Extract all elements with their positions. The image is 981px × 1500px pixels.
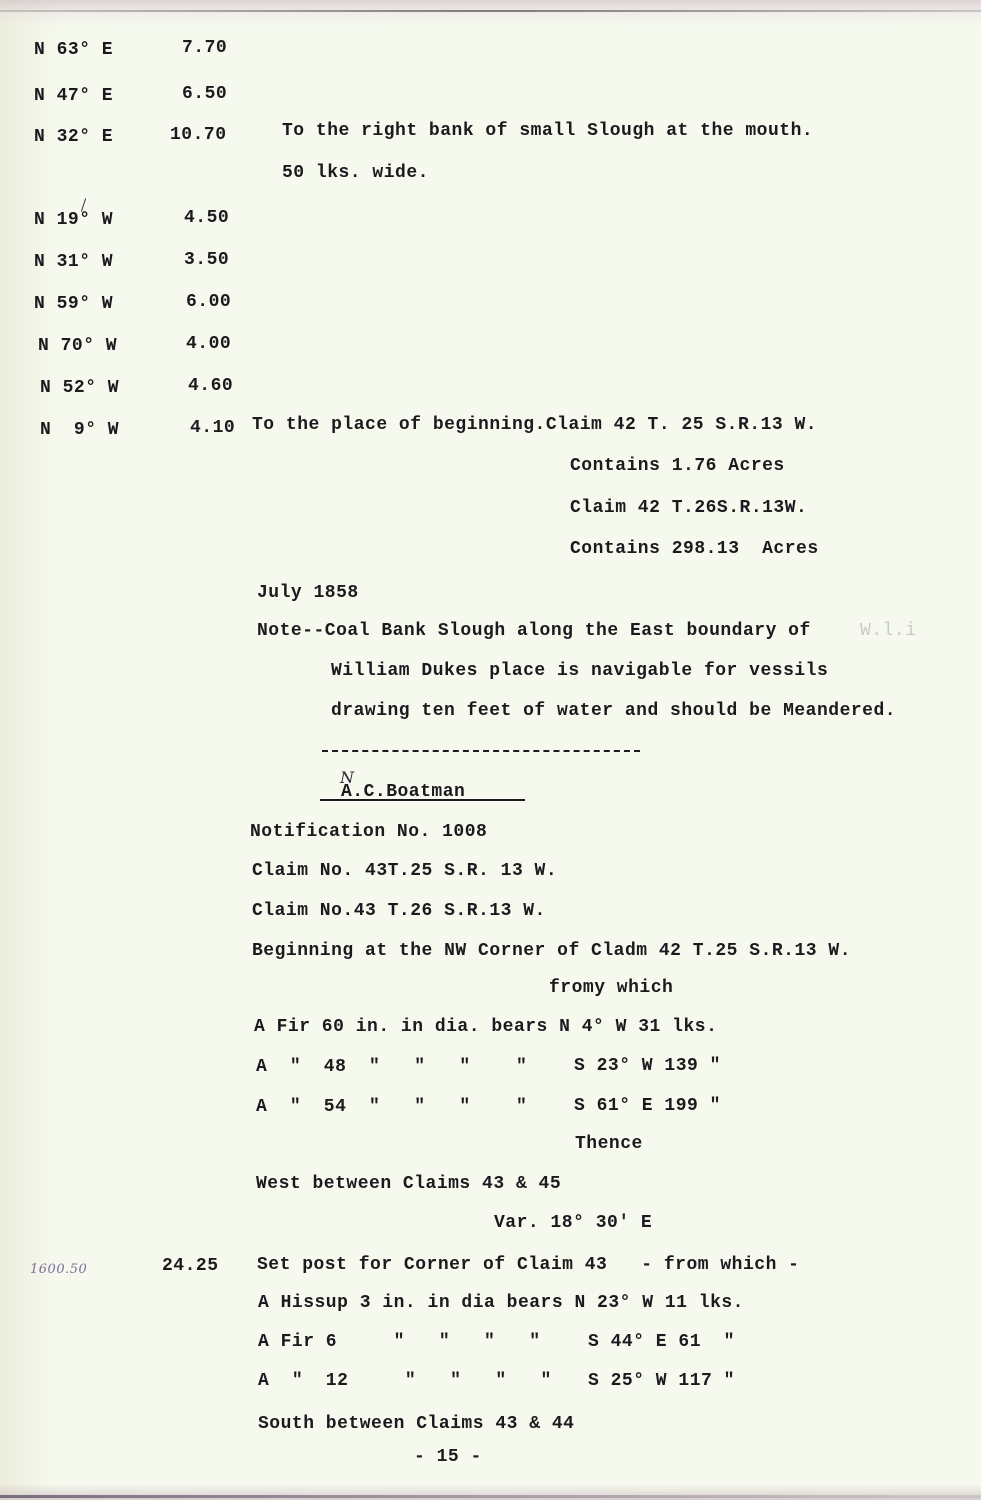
distance: 4.10	[190, 418, 235, 438]
page-bottom-edge	[0, 1495, 981, 1498]
post-text: Set post for Corner of Claim 43 - from w…	[257, 1255, 799, 1275]
page-top-edge	[0, 10, 981, 12]
bearing-tree-bearing: S 61° E 199 "	[574, 1096, 721, 1116]
notification-claim-a: Claim No. 43T.25 S.R. 13 W.	[252, 861, 557, 881]
bearing: N 47° E	[34, 86, 113, 106]
bearing-tree: A Fir 60 in. in dia. bears N 4° W 31 lks…	[254, 1017, 717, 1037]
note-faded-text: W.l.i	[860, 621, 917, 641]
signature-underline	[320, 799, 525, 801]
distance: 10.70	[170, 125, 227, 145]
thence: Thence	[575, 1134, 643, 1154]
post-tree: A " 12 " " " "	[258, 1371, 552, 1391]
distance: 4.60	[188, 376, 233, 396]
claim42-contains-2: Contains 298.13 Acres	[570, 539, 819, 559]
document-page: N 63° E 7.70 N 47° E 6.50 N 32° E 10.70 …	[0, 0, 981, 1500]
distance: 3.50	[184, 250, 229, 270]
dashed-divider	[322, 750, 640, 752]
bearing-tree: A " 48 " " " "	[256, 1057, 527, 1077]
note-line-1: Note--Coal Bank Slough along the East bo…	[257, 621, 811, 641]
distance: 4.50	[184, 208, 229, 228]
south-line: South between Claims 43 & 44	[258, 1414, 574, 1434]
note-line-2: William Dukes place is navigable for ves…	[331, 661, 828, 681]
bearing: N 52° W	[40, 378, 119, 398]
post-tree-bearing: S 44° E 61 "	[588, 1332, 735, 1352]
note-line-3: drawing ten feet of water and should be …	[331, 701, 896, 721]
handwritten-margin-note: 1600.50	[30, 1260, 87, 1280]
bearing: N 32° E	[34, 127, 113, 147]
slough-width: 50 lks. wide.	[282, 163, 429, 183]
bearing: N 63° E	[34, 40, 113, 60]
traverse-note: To the right bank of small Slough at the…	[282, 121, 813, 141]
distance: 7.70	[182, 38, 227, 58]
post-tree: A Fir 6 " " " "	[258, 1332, 541, 1352]
post-tree: A Hissup 3 in. in dia bears N 23° W 11 l…	[258, 1293, 744, 1313]
bearing: N 31° W	[34, 252, 113, 272]
notification-title: Notification No. 1008	[250, 822, 487, 842]
notification-claim-b: Claim No.43 T.26 S.R.13 W.	[252, 901, 546, 921]
distance: 6.00	[186, 292, 231, 312]
bearing-tree-bearing: S 23° W 139 "	[574, 1056, 721, 1076]
post-tree-bearing: S 25° W 117 "	[588, 1371, 735, 1391]
west-line: West between Claims 43 & 45	[256, 1174, 561, 1194]
variation: Var. 18° 30' E	[494, 1213, 652, 1233]
bearing: N 59° W	[34, 294, 113, 314]
bearing: N 19° W	[34, 210, 113, 230]
notification-beginning: Beginning at the NW Corner of Cladm 42 T…	[252, 941, 851, 961]
claim42-line-2: Claim 42 T.26S.R.13W.	[570, 498, 807, 518]
traverse-note: To the place of beginning.Claim 42 T. 25…	[252, 415, 817, 435]
date: July 1858	[257, 583, 359, 603]
post-distance: 24.25	[162, 1256, 219, 1276]
page-number: - 15 -	[414, 1447, 482, 1467]
distance: 4.00	[186, 334, 231, 354]
bearing: N 9° W	[40, 420, 119, 440]
bearing-tree: A " 54 " " " "	[256, 1097, 527, 1117]
notification-from-which: fromy which	[549, 978, 673, 998]
distance: 6.50	[182, 84, 227, 104]
claim42-contains-1: Contains 1.76 Acres	[570, 456, 785, 476]
bearing: N 70° W	[38, 336, 117, 356]
